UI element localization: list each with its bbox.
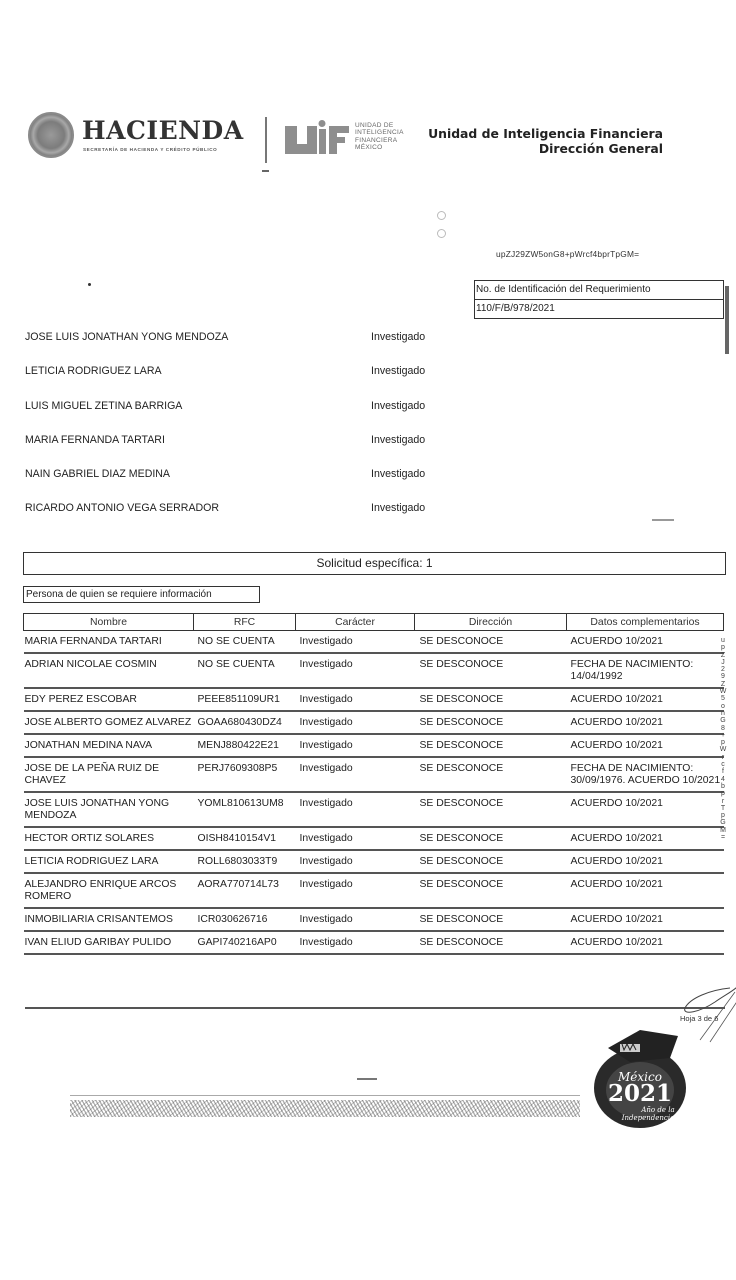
cell-rfc: NO SE CUENTA	[194, 631, 296, 654]
hash-char: =	[718, 834, 728, 841]
cell-caracter: Investigado	[296, 931, 415, 954]
table-row: HECTOR ORTIZ SOLARESOISH8410154V1Investi…	[24, 827, 724, 850]
hash-char: p	[718, 739, 728, 746]
requirement-id-box: No. de Identificación del Requerimiento …	[474, 280, 724, 319]
investigated-row: LETICIA RODRIGUEZ LARA Investigado	[25, 365, 445, 377]
hash-char: r	[718, 754, 728, 761]
hash-char: p	[718, 644, 728, 651]
cell-direccion: SE DESCONOCE	[415, 931, 567, 954]
uif-line: UNIDAD DE	[355, 122, 404, 129]
cell-direccion: SE DESCONOCE	[415, 711, 567, 734]
column-header-nombre: Nombre	[24, 614, 194, 631]
emblem-year: 2021	[590, 1080, 690, 1107]
cell-datos: FECHA DE NACIMIENTO: 30/09/1976. ACUERDO…	[567, 757, 724, 792]
cell-rfc: MENJ880422E21	[194, 734, 296, 757]
cell-caracter: Investigado	[296, 827, 415, 850]
hash-char: p	[718, 790, 728, 797]
cell-direccion: SE DESCONOCE	[415, 688, 567, 711]
requirement-id-label: No. de Identificación del Requerimiento	[475, 281, 723, 300]
cell-nombre: JOSE LUIS JONATHAN YONG MENDOZA	[24, 792, 194, 827]
hash-char: Z	[718, 681, 728, 688]
cell-datos: ACUERDO 10/2021	[567, 908, 724, 931]
investigated-name: MARIA FERNANDA TARTARI	[25, 434, 165, 446]
cell-datos: ACUERDO 10/2021	[567, 850, 724, 873]
hash-char: 2	[718, 666, 728, 673]
hash-char: o	[718, 703, 728, 710]
investigated-row: RICARDO ANTONIO VEGA SERRADOR Investigad…	[25, 502, 445, 514]
cell-nombre: INMOBILIARIA CRISANTEMOS	[24, 908, 194, 931]
verification-hash: upZJ29ZW5onG8+pWrcf4bprTpGM=	[496, 249, 639, 259]
requirement-id-value: 110/F/B/978/2021	[475, 300, 723, 318]
cell-nombre: LETICIA RODRIGUEZ LARA	[24, 850, 194, 873]
cell-caracter: Investigado	[296, 711, 415, 734]
table-row: ALEJANDRO ENRIQUE ARCOS ROMEROAORA770714…	[24, 873, 724, 908]
cell-direccion: SE DESCONOCE	[415, 631, 567, 654]
emblem-text: Independencia	[598, 1114, 698, 1122]
cell-rfc: AORA770714L73	[194, 873, 296, 908]
cell-nombre: MARIA FERNANDA TARTARI	[24, 631, 194, 654]
cell-caracter: Investigado	[296, 850, 415, 873]
hash-char: M	[718, 827, 728, 834]
cell-nombre: JOSE DE LA PEÑA RUIZ DE CHAVEZ	[24, 757, 194, 792]
column-header-direccion: Dirección	[415, 614, 567, 631]
cell-caracter: Investigado	[296, 908, 415, 931]
cell-direccion: SE DESCONOCE	[415, 757, 567, 792]
cell-datos: ACUERDO 10/2021	[567, 873, 724, 908]
table-row: JOSE LUIS JONATHAN YONG MENDOZAYOML81061…	[24, 792, 724, 827]
cell-nombre: JONATHAN MEDINA NAVA	[24, 734, 194, 757]
cell-caracter: Investigado	[296, 792, 415, 827]
table-row: JOSE DE LA PEÑA RUIZ DE CHAVEZPERJ760930…	[24, 757, 724, 792]
table-row: EDY PEREZ ESCOBARPEEE851109UR1Investigad…	[24, 688, 724, 711]
cell-nombre: JOSE ALBERTO GOMEZ ALVAREZ	[24, 711, 194, 734]
hash-char: T	[718, 805, 728, 812]
uif-line: INTELIGENCIA	[355, 129, 404, 136]
table-row: JOSE ALBERTO GOMEZ ALVAREZGOAA680430DZ4I…	[24, 711, 724, 734]
cell-rfc: NO SE CUENTA	[194, 653, 296, 688]
cell-caracter: Investigado	[296, 734, 415, 757]
hash-char: p	[718, 812, 728, 819]
cell-rfc: GOAA680430DZ4	[194, 711, 296, 734]
footer-decorative-pattern	[70, 1100, 580, 1117]
table-row: LETICIA RODRIGUEZ LARAROLL6803033T9Inves…	[24, 850, 724, 873]
unit-title: Unidad de Inteligencia Financiera Direcc…	[428, 126, 663, 156]
hash-char: 9	[718, 673, 728, 680]
investigated-name: NAIN GABRIEL DIAZ MEDINA	[25, 468, 170, 480]
cell-direccion: SE DESCONOCE	[415, 827, 567, 850]
hash-char: 8	[718, 725, 728, 732]
cell-direccion: SE DESCONOCE	[415, 850, 567, 873]
hash-char: W	[718, 688, 728, 695]
page-edge-mark	[725, 286, 729, 354]
investigated-status: Investigado	[371, 400, 425, 412]
hash-char: f	[718, 768, 728, 775]
hash-char: n	[718, 710, 728, 717]
hash-char: 4	[718, 776, 728, 783]
hash-char: +	[718, 732, 728, 739]
cell-direccion: SE DESCONOCE	[415, 734, 567, 757]
scan-artifact-circle	[437, 211, 446, 220]
table-row: MARIA FERNANDA TARTARINO SE CUENTAInvest…	[24, 631, 724, 654]
investigated-row: JOSE LUIS JONATHAN YONG MENDOZA Investig…	[25, 331, 445, 343]
cell-nombre: ADRIAN NICOLAE COSMIN	[24, 653, 194, 688]
hash-char: 5	[718, 695, 728, 702]
cell-datos: ACUERDO 10/2021	[567, 931, 724, 954]
investigated-row: NAIN GABRIEL DIAZ MEDINA Investigado	[25, 468, 445, 480]
cell-datos: ACUERDO 10/2021	[567, 631, 724, 654]
table-end-line	[25, 1007, 725, 1009]
hash-char: c	[718, 761, 728, 768]
scan-artifact-dash	[652, 519, 674, 521]
scan-artifact-circle	[437, 229, 446, 238]
cell-nombre: IVAN ELIUD GARIBAY PULIDO	[24, 931, 194, 954]
investigated-name: LUIS MIGUEL ZETINA BARRIGA	[25, 400, 182, 412]
cell-nombre: EDY PEREZ ESCOBAR	[24, 688, 194, 711]
column-header-datos: Datos complementarios	[567, 614, 724, 631]
investigated-status: Investigado	[371, 434, 425, 446]
cell-caracter: Investigado	[296, 688, 415, 711]
uif-name: UNIDAD DE INTELIGENCIA FINANCIERA MÉXICO	[355, 122, 404, 151]
persona-label: Persona de quien se requiere información	[23, 586, 260, 603]
cell-rfc: PERJ7609308P5	[194, 757, 296, 792]
table-row: JONATHAN MEDINA NAVAMENJ880422E21Investi…	[24, 734, 724, 757]
cell-direccion: SE DESCONOCE	[415, 653, 567, 688]
cell-rfc: ROLL6803033T9	[194, 850, 296, 873]
agency-name: HACIENDA	[82, 116, 244, 145]
table-row: IVAN ELIUD GARIBAY PULIDOGAPI740216AP0In…	[24, 931, 724, 954]
cell-direccion: SE DESCONOCE	[415, 873, 567, 908]
hash-char: r	[718, 798, 728, 805]
cell-datos: ACUERDO 10/2021	[567, 792, 724, 827]
cell-datos: ACUERDO 10/2021	[567, 734, 724, 757]
cell-direccion: SE DESCONOCE	[415, 908, 567, 931]
investigated-status: Investigado	[371, 468, 425, 480]
cell-caracter: Investigado	[296, 631, 415, 654]
cell-nombre: ALEJANDRO ENRIQUE ARCOS ROMERO	[24, 873, 194, 908]
cell-nombre: HECTOR ORTIZ SOLARES	[24, 827, 194, 850]
investigated-name: JOSE LUIS JONATHAN YONG MENDOZA	[25, 331, 228, 343]
column-header-rfc: RFC	[194, 614, 296, 631]
cell-direccion: SE DESCONOCE	[415, 792, 567, 827]
mexico-coat-of-arms-seal-icon	[28, 112, 74, 158]
footer-dash	[357, 1078, 377, 1080]
investigated-status: Investigado	[371, 365, 425, 377]
solicitud-title: Solicitud específica: 1	[23, 552, 726, 575]
table-row: ADRIAN NICOLAE COSMINNO SE CUENTAInvesti…	[24, 653, 724, 688]
hash-char: u	[718, 637, 728, 644]
emblem-text: Año de la	[608, 1106, 708, 1114]
column-header-caracter: Carácter	[296, 614, 415, 631]
cell-caracter: Investigado	[296, 653, 415, 688]
uif-logo-icon	[285, 120, 350, 156]
cell-rfc: ICR030626716	[194, 908, 296, 931]
unit-title-line1: Unidad de Inteligencia Financiera	[428, 126, 663, 141]
cell-rfc: PEEE851109UR1	[194, 688, 296, 711]
vertical-verification-hash: upZJ29ZW5onG8+pWrcf4bprTpGM=	[718, 637, 728, 841]
cell-caracter: Investigado	[296, 873, 415, 908]
investigated-status: Investigado	[371, 331, 425, 343]
mexico-2021-emblem: México 2021 Año de la Independencia	[590, 1018, 690, 1130]
agency-subtitle: SECRETARÍA DE HACIENDA Y CRÉDITO PÚBLICO	[83, 147, 217, 152]
investigated-name: LETICIA RODRIGUEZ LARA	[25, 365, 162, 377]
unit-title-line2: Dirección General	[428, 141, 663, 156]
investigated-name: RICARDO ANTONIO VEGA SERRADOR	[25, 502, 219, 514]
cell-datos: ACUERDO 10/2021	[567, 827, 724, 850]
cell-datos: ACUERDO 10/2021	[567, 711, 724, 734]
cell-rfc: YOML810613UM8	[194, 792, 296, 827]
cell-rfc: GAPI740216AP0	[194, 931, 296, 954]
footer-line	[70, 1095, 580, 1096]
cell-datos: FECHA DE NACIMIENTO: 14/04/1992	[567, 653, 724, 688]
hash-char: J	[718, 659, 728, 666]
cell-datos: ACUERDO 10/2021	[567, 688, 724, 711]
header-divider	[265, 117, 267, 163]
cell-rfc: OISH8410154V1	[194, 827, 296, 850]
cell-caracter: Investigado	[296, 757, 415, 792]
investigated-status: Investigado	[371, 502, 425, 514]
investigated-row: LUIS MIGUEL ZETINA BARRIGA Investigado	[25, 400, 445, 412]
table-row: INMOBILIARIA CRISANTEMOSICR030626716Inve…	[24, 908, 724, 931]
investigated-row: MARIA FERNANDA TARTARI Investigado	[25, 434, 445, 446]
hash-char: G	[718, 717, 728, 724]
hash-char: Z	[718, 652, 728, 659]
hash-char: b	[718, 783, 728, 790]
scan-artifact-dot	[88, 283, 91, 286]
header-divider-mark	[262, 170, 269, 172]
hash-char: W	[718, 746, 728, 753]
uif-line: MÉXICO	[355, 144, 404, 151]
persons-table: Nombre RFC Carácter Dirección Datos comp…	[23, 613, 724, 955]
hash-char: G	[718, 819, 728, 826]
table-header-row: Nombre RFC Carácter Dirección Datos comp…	[24, 614, 724, 631]
uif-line: FINANCIERA	[355, 137, 404, 144]
